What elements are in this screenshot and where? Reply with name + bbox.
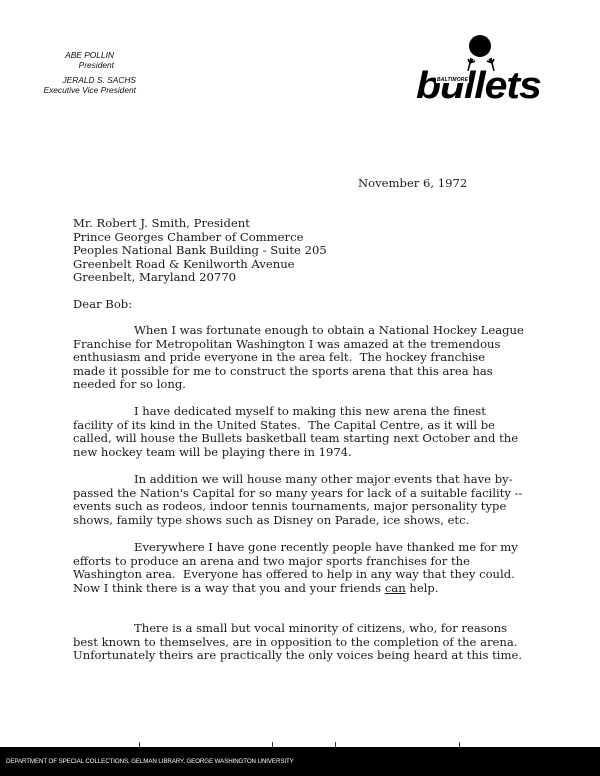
address-line: Peoples National Bank Building - Suite 2… [73, 244, 327, 258]
paragraph-line: facility of its kind in the United State… [73, 419, 518, 433]
logo-city: BALTIMORE [436, 77, 469, 83]
officer-president: ABE POLLIN President [0, 50, 156, 70]
paragraph-line: Washington area. Everyone has offered to… [73, 568, 518, 582]
paragraph-line: Everywhere I have gone recently people h… [73, 541, 518, 555]
paragraph-line: passed the Nation's Capital for so many … [73, 487, 522, 501]
address-line: Prince Georges Chamber of Commerce [73, 231, 327, 245]
officer-title: Executive Vice President [0, 85, 136, 95]
paragraph-line: called, will house the Bullets basketbal… [73, 432, 518, 446]
paragraph-line: Now I think there is a way that you and … [73, 582, 518, 596]
salutation: Dear Bob: [73, 297, 132, 311]
paragraph: When I was fortunate enough to obtain a … [73, 324, 524, 392]
paragraph-line: When I was fortunate enough to obtain a … [73, 324, 524, 338]
address-line: Greenbelt Road & Kenilworth Avenue [73, 258, 327, 272]
paragraph: Everywhere I have gone recently people h… [73, 541, 518, 595]
address-line: Mr. Robert J. Smith, President [73, 217, 327, 231]
officer-title: President [0, 60, 114, 70]
paragraph-text: help. [406, 581, 439, 595]
bullets-logo: bullets BALTIMORE [414, 33, 539, 103]
logo-wordmark: bullets [416, 67, 541, 105]
paragraph-line: new hockey team will be playing there in… [73, 446, 518, 460]
paragraph: I have dedicated myself to making this n… [73, 405, 518, 459]
paragraph-line: Unfortunately theirs are practically the… [73, 649, 522, 663]
paragraph-line: shows, family type shows such as Disney … [73, 514, 522, 528]
officer-name: ABE POLLIN [0, 50, 114, 60]
paragraph-line: enthusiasm and pride everyone in the are… [73, 351, 524, 365]
recipient-address: Mr. Robert J. Smith, President Prince Ge… [73, 217, 327, 285]
paragraph-line: I have dedicated myself to making this n… [73, 405, 518, 419]
underlined-word: can [385, 581, 406, 595]
paragraph-text: Now I think there is a way that you and … [73, 581, 385, 595]
paragraph-line: events such as rodeos, indoor tennis tou… [73, 500, 522, 514]
officer-executive-vp: JERALD S. SACHS Executive Vice President [0, 75, 156, 95]
paragraph-line: made it possible for me to construct the… [73, 365, 524, 379]
paragraph: There is a small but vocal minority of c… [73, 622, 522, 663]
paragraph-line: In addition we will house many other maj… [73, 473, 522, 487]
basketball-icon [469, 35, 491, 57]
address-line: Greenbelt, Maryland 20770 [73, 271, 327, 285]
letter-date: November 6, 1972 [358, 176, 467, 190]
paragraph-line: There is a small but vocal minority of c… [73, 622, 522, 636]
paragraph: In addition we will house many other maj… [73, 473, 522, 527]
paragraph-line: needed for so long. [73, 378, 524, 392]
letterhead-officers: ABE POLLIN President JERALD S. SACHS Exe… [0, 50, 156, 95]
paragraph-line: best known to themselves, are in opposit… [73, 636, 522, 650]
paragraph-line: Franchise for Metropolitan Washington I … [73, 338, 524, 352]
officer-name: JERALD S. SACHS [0, 75, 136, 85]
archive-credit: DEPARTMENT OF SPECIAL COLLECTIONS, GELMA… [6, 758, 294, 765]
paragraph-line: efforts to produce an arena and two majo… [73, 555, 518, 569]
archive-footer: DEPARTMENT OF SPECIAL COLLECTIONS, GELMA… [0, 747, 600, 776]
